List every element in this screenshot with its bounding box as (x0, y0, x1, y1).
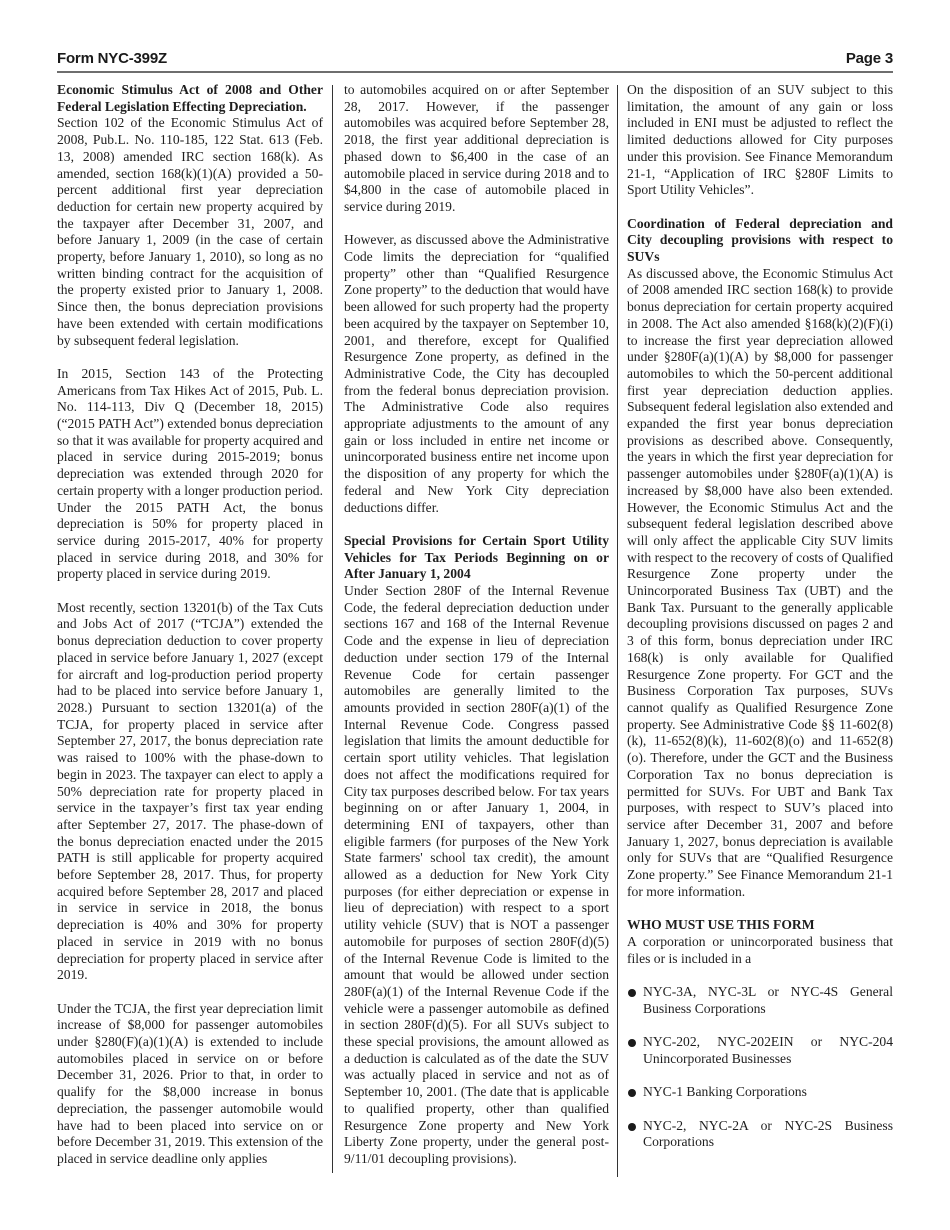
bullet-icon (628, 1089, 636, 1097)
paragraph: In 2015, Section 143 of the Protecting A… (57, 366, 323, 583)
section-heading-coordination: Coordination of Federal depreciation and… (627, 216, 893, 266)
list-item: NYC-202, NYC-202EIN or NYC-204 Unincorpo… (627, 1034, 893, 1067)
bullet-icon (628, 1039, 636, 1047)
column-3: On the disposition of an SUV subject to … (627, 82, 893, 1168)
form-type-list: NYC-3A, NYC-3L or NYC-4S General Busines… (627, 984, 893, 1151)
paragraph: However, as discussed above the Administ… (344, 232, 609, 516)
paragraph: Under Section 280F of the Internal Reven… (344, 583, 609, 1168)
page-header: Form NYC-399Z Page 3 (57, 50, 893, 70)
section-heading-economic-stimulus: Economic Stimulus Act of 2008 and Other … (57, 82, 323, 115)
page-number: Page 3 (846, 50, 893, 67)
paragraph: On the disposition of an SUV subject to … (627, 82, 893, 199)
paragraph: A corporation or unincorporated business… (627, 934, 893, 967)
section-heading-suv-provisions: Special Provisions for Certain Sport Uti… (344, 533, 609, 583)
paragraph: to automobiles acquired on or after Sept… (344, 82, 609, 216)
bullet-icon (628, 989, 636, 997)
paragraph: Most recently, section 13201(b) of the T… (57, 600, 323, 984)
column-divider (332, 85, 333, 1173)
column-1: Economic Stimulus Act of 2008 and Other … (57, 82, 323, 1184)
list-item: NYC-2, NYC-2A or NYC-2S Business Corpora… (627, 1118, 893, 1151)
paragraph: Section 102 of the Economic Stimulus Act… (57, 115, 323, 349)
paragraph: Under the TCJA, the first year depreciat… (57, 1001, 323, 1168)
list-item: NYC-3A, NYC-3L or NYC-4S General Busines… (627, 984, 893, 1017)
section-heading-who-must-use: WHO MUST USE THIS FORM (627, 917, 893, 934)
list-item: NYC-1 Banking Corporations (627, 1084, 893, 1101)
form-title: Form NYC-399Z (57, 50, 167, 67)
header-rule (57, 71, 893, 73)
paragraph: As discussed above, the Economic Stimulu… (627, 266, 893, 901)
bullet-icon (628, 1123, 636, 1131)
column-2: to automobiles acquired on or after Sept… (344, 82, 609, 1184)
column-divider (617, 85, 618, 1177)
